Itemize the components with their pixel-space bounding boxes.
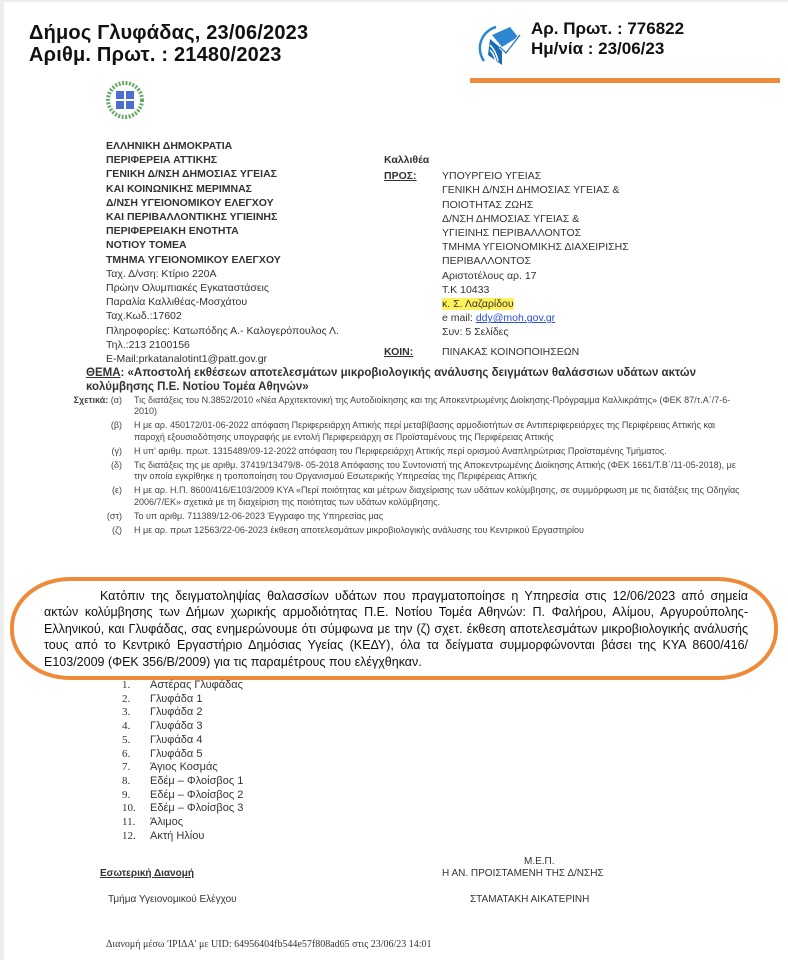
sender-phone: Τηλ.:213 2100156 [106,338,339,352]
beach-name: Γλυφάδα 1 [150,693,202,707]
recipient-line: ΤΜΗΜΑ ΥΓΕΙΟΝΟΜΙΚΗΣ ΔΙΑΧΕΙΡΙΣΗΣ [442,240,629,254]
beach-number: 12. [122,830,150,844]
header-date-line: Δήμος Γλυφάδας, 23/06/2023 [29,22,308,44]
municipality-header: Δήμος Γλυφάδας, 23/06/2023 Αριθμ. Πρωτ. … [29,22,308,66]
distribution-dept: Τμήμα Υγειονομικού Ελέγχου [108,894,237,905]
beach-list-item: 5.Γλυφάδα 4 [122,734,243,748]
beach-list-item: 7.Άγιος Κοσμάς [122,761,243,775]
signature-mep: Μ.Ε.Π. [524,856,555,867]
recipient-line: ΥΓΙΕΙΝΗΣ ΠΕΡΙΒΑΛΛΟΝΤΟΣ [442,226,629,240]
page-edge-top [0,0,788,2]
beach-name: Γλυφάδα 3 [150,720,202,734]
beach-name: Άγιος Κοσμάς [150,761,218,775]
reference-mark: (α) [111,395,122,405]
highlighted-attn: κ. Σ. Λαζαρίδου [442,298,514,310]
reference-item: (ζ) Η με αρ. πρωτ 12563/22-06-2023 έκθεσ… [48,525,748,536]
beach-name: Εδέμ – Φλοίσβος 2 [150,789,243,803]
reference-mark: (β) [48,420,134,442]
signature-name: ΣΤΑΜΑΤΑΚΗ ΑΙΚΑΤΕΡΙΝΗ [470,894,589,905]
beach-name: Ακτή Ηλίου [150,830,204,844]
recipient-line: ΠΟΙΟΤΗΤΑΣ ΖΩΗΣ [442,198,629,212]
signature-title: Η ΑΝ. ΠΡΟΙΣΤΑΜΕΝΗ ΤΗΣ Δ/ΝΣΗΣ [442,868,604,879]
stamp-text: Αρ. Πρωτ. : 776822 Ημ/νία : 23/06/23 [531,19,684,59]
cc-row: ΚΟΙΝ: ΠΙΝΑΚΑΣ ΚΟΙΝΟΠΟΙΗΣΕΩΝ [384,346,579,358]
recipient-line: Τ.Κ 10433 [442,283,629,297]
email-link[interactable]: ddy@moh.gov.gr [476,312,555,324]
main-paragraph: Κατόπιν της δειγματοληψίας θαλασσίων υδά… [44,588,748,670]
beach-name: Γλυφάδα 4 [150,734,202,748]
sender-line: ΓΕΝΙΚΗ Δ/ΝΣΗ ΔΗΜΟΣΙΑΣ ΥΓΕΙΑΣ [106,167,339,181]
sender-line: ΚΑΙ ΚΟΙΝΩΝΙΚΗΣ ΜΕΡΙΜΝΑΣ [106,182,339,196]
sender-line: ΚΑΙ ΠΕΡΙΒΑΛΛΟΝΤΙΚΗΣ ΥΓΙΕΙΝΗΣ [106,210,339,224]
recipient-line: ΠΕΡΙΒΑΛΛΟΝΤΟΣ [442,254,629,268]
sender-block: ΕΛΛΗΝΙΚΗ ΔΗΜΟΚΡΑΤΙΑ ΠΕΡΙΦΕΡΕΙΑ ΑΤΤΙΚΗΣ Γ… [106,139,339,366]
reference-text: Η με αρ. Η.Π. 8600/416/Ε103/2009 ΚΥΑ «Πε… [134,485,748,507]
reference-item: (β) Η με αρ. 450172/01-06-2022 απόφαση Π… [48,420,748,442]
beach-number: 10. [122,802,150,816]
beach-number: 1. [122,679,150,693]
reference-text: Τις διατάξεις της με αριθμ. 37419/13479/… [134,460,748,482]
reference-mark: (γ) [48,446,134,457]
recipient-line: ΥΠΟΥΡΓΕΙΟ ΥΓΕΙΑΣ [442,169,629,183]
sender-line: ΝΟΤΙΟΥ ΤΟΜΕΑ [106,238,339,252]
stamp-protocol: Αρ. Πρωτ. : 776822 [531,19,684,39]
sender-contacts: Πληροφορίες: Κατωπόδης Α.- Καλογερόπουλο… [106,324,339,338]
city: Καλλιθέα [384,153,629,167]
internal-distribution-label: Εσωτερική Διανομή [100,868,194,879]
header-protocol-line: Αριθμ. Πρωτ. : 21480/2023 [29,44,308,66]
reference-mark: (ε) [48,485,134,507]
reference-text: Η υπ' αριθμ. πρωτ. 1315489/09-12-2022 απ… [134,446,748,457]
beach-list-item: 10.Εδέμ – Φλοίσβος 3 [122,802,243,816]
sender-postal-code: Ταχ.Κωδ.:17602 [106,309,339,323]
stamp-underline [470,78,780,83]
sender-address: Παραλία Καλλιθέας-Μοσχάτου [106,295,339,309]
beach-list-item: 4.Γλυφάδα 3 [122,720,243,734]
beach-list-item: 11.Άλιμος [122,816,243,830]
cc-label: ΚΟΙΝ: [384,346,442,358]
sender-line: ΠΕΡΙΦΕΡΕΙΑΚΗ ΕΝΟΤΗΤΑ [106,224,339,238]
beach-number: 3. [122,706,150,720]
beach-number: 9. [122,789,150,803]
page-edge-left [0,0,4,960]
beach-list-item: 12.Ακτή Ηλίου [122,830,243,844]
beach-number: 6. [122,748,150,762]
reference-mark: (στ) [48,511,134,522]
reference-item: (γ) Η υπ' αριθμ. πρωτ. 1315489/09-12-202… [48,446,748,457]
reference-item: (στ) Το υπ αριθμ. 711389/12-06-2023 Έγγρ… [48,511,748,522]
beach-list-item: 9.Εδέμ – Φλοίσβος 2 [122,789,243,803]
sender-line: Δ/ΝΣΗ ΥΓΕΙΟΝΟΜΙΚΟΥ ΕΛΕΓΧΟΥ [106,196,339,210]
reference-text: Η με αρ. 450172/01-06-2022 απόφαση Περιφ… [134,420,748,442]
beach-list-item: 6.Γλυφάδα 5 [122,748,243,762]
subject-label: ΘΕΜΑ [86,367,121,379]
recipient-line: Δ/ΝΣΗ ΔΗΜΟΣΙΑΣ ΥΓΕΙΑΣ & [442,212,629,226]
sender-line: ΠΕΡΙΦΕΡΕΙΑ ΑΤΤΙΚΗΣ [106,153,339,167]
cc-value: ΠΙΝΑΚΑΣ ΚΟΙΝΟΠΟΙΗΣΕΩΝ [442,346,579,358]
beach-number: 7. [122,761,150,775]
reference-text: Το υπ αριθμ. 711389/12-06-2023 Έγγραφο τ… [134,511,748,522]
beach-name: Άλιμος [150,816,183,830]
beach-name: Αστέρας Γλυφάδας [150,679,243,693]
beach-name: Εδέμ – Φλοίσβος 1 [150,775,243,789]
beach-list-item: 2.Γλυφάδα 1 [122,693,243,707]
reference-text: Η με αρ. πρωτ 12563/22-06-2023 έκθεση απ… [134,525,748,536]
recipient-line: Αριστοτέλους αρ. 17 [442,269,629,283]
reference-item: (ε) Η με αρ. Η.Π. 8600/416/Ε103/2009 ΚΥΑ… [48,485,748,507]
reference-item: Σχετικά: (α) Τις διατάξεις του Ν.3852/20… [48,395,748,417]
sender-email: E-Mail:prkatanalotint1@patt.gov.gr [106,352,339,366]
references-label: Σχετικά: [74,395,109,405]
beach-name: Εδέμ – Φλοίσβος 3 [150,802,243,816]
reference-item: (δ) Τις διατάξεις της με αριθμ. 37419/13… [48,460,748,482]
beach-name: Γλυφάδα 2 [150,706,202,720]
iris-footer: Διανομή μέσω 'ΙΡΙΔΑ' με UID: 64956404fb5… [106,939,432,950]
beach-list-item: 1.Αστέρας Γλυφάδας [122,679,243,693]
beach-list-item: 3.Γλυφάδα 2 [122,706,243,720]
beach-number: 5. [122,734,150,748]
pages-count: Συν: 5 Σελίδες [442,325,629,339]
reference-mark: (ζ) [48,525,134,536]
references: Σχετικά: (α) Τις διατάξεις του Ν.3852/20… [48,395,748,539]
greek-coat-of-arms-icon [106,81,144,119]
email-label: e mail: [442,312,476,324]
beach-number: 2. [122,693,150,707]
beach-list-item: 8.Εδέμ – Φλοίσβος 1 [122,775,243,789]
sender-address: Πρώην Ολυμπιακές Εγκαταστάσεις [106,281,339,295]
recipient-line: ΓΕΝΙΚΗ Δ/ΝΣΗ ΔΗΜΟΣΙΑΣ ΥΓΕΙΑΣ & [442,183,629,197]
beach-number: 8. [122,775,150,789]
sender-line: ΤΜΗΜΑ ΥΓΕΙΟΝΟΜΙΚΟΥ ΕΛΕΓΧΟΥ [106,253,339,267]
beach-number: 11. [122,816,150,830]
checkmark-box-logo-icon [476,21,526,71]
subject-text: : «Αποστολή εκθέσεων αποτελεσμάτων μικρο… [86,367,696,393]
sender-address: Ταχ. Δ/νση: Κτίριο 220Α [106,267,339,281]
reference-mark: (δ) [48,460,134,482]
beach-list: 1.Αστέρας Γλυφάδας2.Γλυφάδα 13.Γλυφάδα 2… [122,679,243,843]
sender-line: ΕΛΛΗΝΙΚΗ ΔΗΜΟΚΡΑΤΙΑ [106,139,339,153]
subject: ΘΕΜΑ: «Αποστολή εκθέσεων αποτελεσμάτων μ… [86,366,746,394]
stamp-date: Ημ/νία : 23/06/23 [531,39,684,59]
beach-number: 4. [122,720,150,734]
beach-name: Γλυφάδα 5 [150,748,202,762]
reference-text: Τις διατάξεις του Ν.3852/2010 «Νέα Αρχιτ… [134,395,748,417]
recipient-block: Καλλιθέα ΠΡΟΣ: ΥΠΟΥΡΓΕΙΟ ΥΓΕΙΑΣ ΓΕΝΙΚΗ Δ… [384,153,629,340]
to-label: ΠΡΟΣ: [384,169,442,339]
